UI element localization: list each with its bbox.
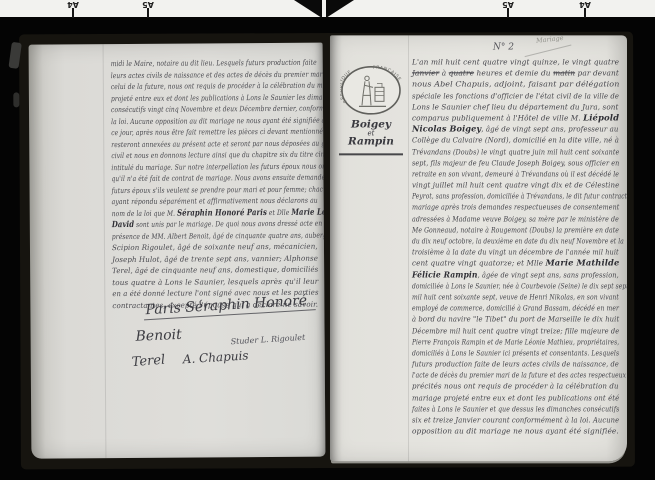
manuscript-line: spéciale les fonctions d'officier de l'é… xyxy=(412,91,619,102)
manuscript-line: troisième à la date du vingt un décembre… xyxy=(412,248,619,259)
signature-witness-terel: Terel xyxy=(131,353,165,371)
ruler-tick xyxy=(72,8,74,18)
stamp-seal-icon: RÉPUBLIQUE FRANÇAISE xyxy=(340,65,402,115)
ruler-tick xyxy=(584,8,586,18)
signature-witness-rigoulet: Studer L. Rigoulet xyxy=(230,333,305,346)
manuscript-line: Pierre François Rampin et de Marie Léoni… xyxy=(412,337,619,348)
republique-francaise-stamp: RÉPUBLIQUE FRANÇAISE Boigey et Rampin xyxy=(335,65,407,155)
manuscript-line: Collège du Calvaire (Nord), domicilié en… xyxy=(412,136,619,147)
manuscript-line: opposition au dit mariage ne nous ayant … xyxy=(412,427,619,438)
manuscript-line: Nicolas Boigey, âgé de vingt sept ans, p… xyxy=(412,124,619,135)
manuscript-line: domiciliée à Lons le Saunier, née à Cour… xyxy=(412,281,619,292)
film-ruler-strip: A4 A5 A5 A4 xyxy=(0,0,655,17)
manuscript-line: cent quatre vingt quatorze; et Mlle Mari… xyxy=(412,259,619,270)
manuscript-line: comparus publiquement à l'Hôtel de ville… xyxy=(412,113,619,124)
left-page: midi le Maire, notaire au dit lieu. Lesq… xyxy=(29,43,326,459)
manuscript-line: Me Gonneaud, notaire à Rougemont (Doubs)… xyxy=(412,225,619,236)
manuscript-line: employé de commerce, domicilié à Grand B… xyxy=(412,303,619,314)
manuscript-line: domiciliés à Lons le Saunier ici présent… xyxy=(412,348,619,359)
film-blemish xyxy=(13,92,19,107)
ruler-marker-a4-left: A4 xyxy=(58,0,88,17)
ruler-marker-a5-right: A5 xyxy=(493,0,523,17)
manuscript-line: Peyrot, sans profession, domiciliée à Tr… xyxy=(412,192,619,203)
left-page-text: midi le Maire, notaire au dit lieu. Lesq… xyxy=(111,58,319,312)
manuscript-line: L'an mil huit cent quatre vingt quinze, … xyxy=(412,57,619,68)
fiducial-arrow-icon xyxy=(292,0,354,18)
margin-annotation-stroke xyxy=(525,45,572,58)
manuscript-line: mil huit cent soixante sept, veuve de He… xyxy=(412,292,619,303)
manuscript-line: du dix neuf octobre, la deuxième en date… xyxy=(412,236,619,247)
manuscript-line: Décembre mil huit cent quatre vingt trei… xyxy=(412,326,619,337)
film-blemish xyxy=(8,42,21,69)
manuscript-line: Lons le Saunier chef lieu du département… xyxy=(412,102,619,113)
manuscript-line: Trévandans (Doubs) le vingt quatre juin … xyxy=(412,147,619,158)
margin-annotation: Mariage xyxy=(536,35,564,44)
manuscript-line: l'acte de décès du premier mari de la fu… xyxy=(412,371,619,382)
stamp-party-name-2: Rampin xyxy=(335,136,407,147)
manuscript-line: mariage après trois demandes respectueus… xyxy=(412,203,619,214)
signature-witness-benoit: Benoit xyxy=(135,327,182,345)
right-page: N° 2 Mariage RÉPUBLIQUE xyxy=(330,35,627,461)
manuscript-line: à bord du navire "le Tibet" du port de M… xyxy=(412,315,619,326)
manuscript-line: précités nous ont requis de procéder à l… xyxy=(412,382,619,393)
manuscript-line: Félicie Rampin, âgée de vingt sept ans, … xyxy=(412,270,619,281)
ruler-tick xyxy=(147,8,149,18)
manuscript-line: Janvier à quatre heures et demie du mati… xyxy=(412,69,619,80)
right-page-text: L'an mil huit cent quatre vingt quinze, … xyxy=(412,57,619,437)
ruler-tick xyxy=(507,8,509,18)
manuscript-line: adressées à Madame veuve Boigey, sa mère… xyxy=(412,214,619,225)
manuscript-line: vingt juillet mil huit cent quatre vingt… xyxy=(412,180,619,191)
margin-crease xyxy=(408,35,409,461)
manuscript-line: retraite en son vivant, demeuré à Trévan… xyxy=(412,169,619,180)
manuscript-line: six et treize Janvier courant conforméme… xyxy=(412,415,619,426)
margin-crease xyxy=(103,44,107,458)
register-book: midi le Maire, notaire au dit lieu. Lesq… xyxy=(19,32,635,470)
manuscript-line: mariage projeté entre eux et dont les pu… xyxy=(412,393,619,404)
microfilm-frame: A4 A5 A5 A4 midi le Maire, notaire au di… xyxy=(0,0,655,480)
manuscript-line: faites à Lons le Saunier et que dessus l… xyxy=(412,404,619,415)
stamp-underline-rule xyxy=(339,153,403,155)
manuscript-line: nous Abel Chapuis, adjoint, faisant par … xyxy=(412,80,619,91)
signature-officer-chapuis: A. Chapuis xyxy=(182,348,248,366)
manuscript-line: futurs production faite de leurs actes c… xyxy=(412,359,619,370)
ruler-marker-a5-left: A5 xyxy=(133,0,163,17)
act-number: N° 2 xyxy=(493,42,514,52)
manuscript-line: sept, fils majeur de feu Claude Joseph B… xyxy=(412,158,619,169)
ruler-marker-a4-right: A4 xyxy=(570,0,600,17)
